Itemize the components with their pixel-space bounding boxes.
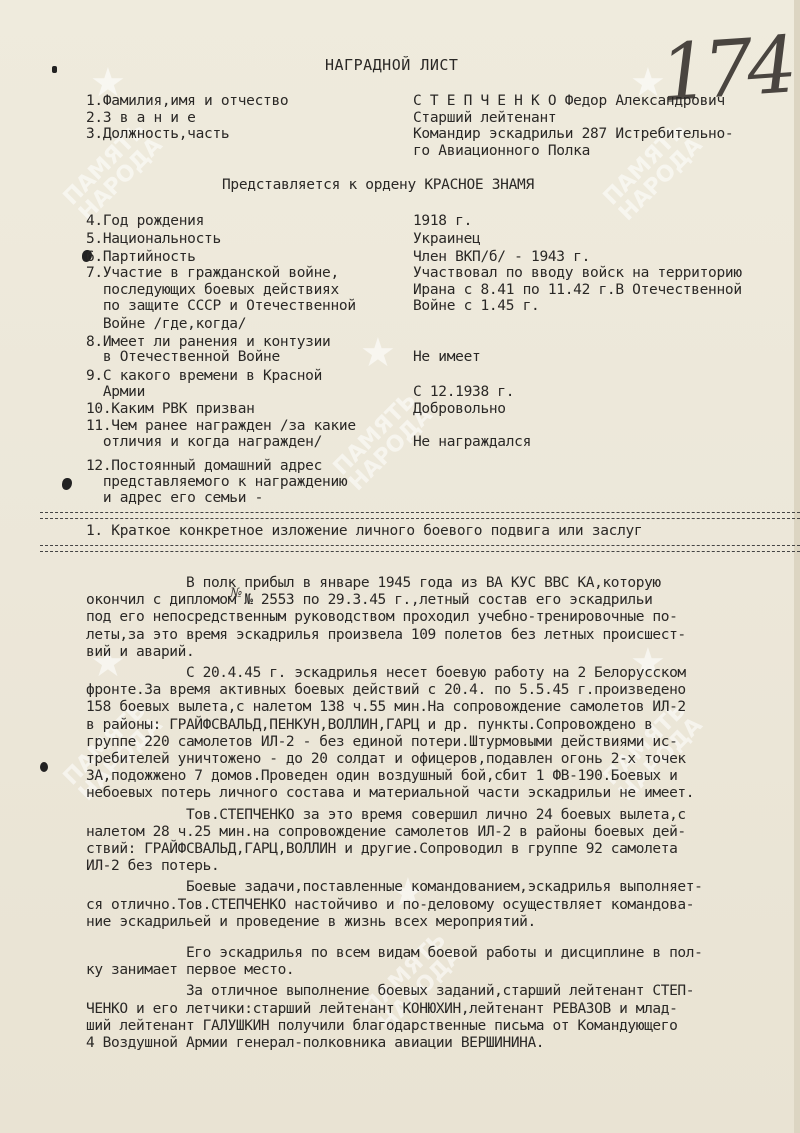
field-label: 6.Партийность — [86, 249, 196, 265]
section-heading: 1. Краткое конкретное изложение личного … — [86, 523, 642, 539]
field-value: С Т Е П Ч Е Н К О Федор Александрович — [413, 93, 725, 109]
field-label: 5.Национальность — [86, 231, 221, 247]
field-value: го Авиационного Полка — [413, 143, 590, 159]
body-line: налетом 28 ч.25 мин.на сопровождение сам… — [86, 824, 800, 841]
divider-rule — [40, 512, 800, 519]
document-title: НАГРАДНОЙ ЛИСТ — [325, 57, 458, 73]
body-line: С 20.4.45 г. эскадрилья несет боевую раб… — [86, 665, 800, 682]
field-label: 4.Год рождения — [86, 213, 204, 229]
field-value: Украинец — [413, 231, 480, 247]
field-label: 10.Каким РВК призван — [86, 401, 255, 417]
body-line: ЧЕНКО и его летчики:старший лейтенант КО… — [86, 1001, 800, 1018]
field-label: 3.Должность,часть — [86, 126, 229, 142]
body-line: ИЛ-2 без потерь. — [86, 858, 800, 875]
field-value: Участвовал по вводу войск на территорию — [413, 265, 742, 281]
body-line: окончил с дипломом № 2553 по 29.3.45 г.,… — [86, 592, 800, 609]
body-line: под его непосредственным руководством пр… — [86, 609, 800, 626]
field-value: Старший лейтенант — [413, 110, 556, 126]
field-value: Не награждался — [413, 434, 531, 450]
field-value: Член ВКП/б/ - 1943 г. — [413, 249, 590, 265]
field-label: представляемого к награждению — [86, 474, 347, 490]
body-line: ся отлично.Тов.СТЕПЧЕНКО настойчиво и по… — [86, 897, 800, 914]
field-label: отличия и когда награжден/ — [86, 434, 322, 450]
field-label: 1.Фамилия,имя и отчество — [86, 93, 288, 109]
field-label: в Отечественной Войне — [86, 349, 280, 365]
body-line: вий и аварий. — [86, 644, 800, 661]
body-line: Его эскадрилья по всем видам боевой рабо… — [86, 945, 800, 962]
body-line: ние эскадрильей и проведение в жизнь все… — [86, 914, 800, 931]
field-label: Армии — [86, 384, 145, 400]
body-line: Боевые задачи,поставленные командованием… — [86, 879, 800, 896]
body-line: 158 боевых вылета,с налетом 138 ч.55 мин… — [86, 699, 800, 716]
field-value: Ирана с 8.41 по 11.42 г.В Отечественной — [413, 282, 742, 298]
nomination-line: Представляется к ордену КРАСНОЕ ЗНАМЯ — [222, 177, 534, 193]
field-label: Войне /где,когда/ — [86, 316, 246, 332]
field-label: по защите СССР и Отечественной — [86, 298, 356, 314]
body-line: ЗА,подожжено 7 домов.Проведен один возду… — [86, 768, 800, 785]
body-line: Тов.СТЕПЧЕНКО за это время совершил личн… — [86, 807, 800, 824]
divider-rule — [40, 545, 800, 552]
field-value: С 12.1938 г. — [413, 384, 514, 400]
field-label: 8.Имеет ли ранения и контузии — [86, 334, 330, 350]
body-line: ший лейтенант ГАЛУШКИН получили благодар… — [86, 1018, 800, 1035]
field-label: 7.Участие в гражданской войне, — [86, 265, 339, 281]
body-line: За отличное выполнение боевых заданий,ст… — [86, 983, 800, 1000]
field-label: 12.Постоянный домашний адрес — [86, 458, 322, 474]
field-label: 11.Чем ранее награжден /за какие — [86, 418, 356, 434]
body-line: ствий: ГРАЙФСВАЛЬД,ГАРЦ,ВОЛЛИН и другие.… — [86, 841, 800, 858]
award-sheet-page: ★ ПАМЯТЬ НАРОДА ★ ПАМЯТЬ НАРОДА ★ ПАМЯТЬ… — [0, 0, 800, 1133]
body-line: небоевых потерь личного состава и матери… — [86, 785, 800, 802]
field-value: Добровольно — [413, 401, 506, 417]
handwritten-annotation: № — [230, 586, 242, 601]
field-label: последующих боевых действиях — [86, 282, 339, 298]
body-line: ку занимает первое место. — [86, 962, 800, 979]
ink-blot — [40, 762, 48, 772]
field-value: Не имеет — [413, 349, 480, 365]
field-value: Войне с 1.45 г. — [413, 298, 539, 314]
field-label: и адрес его семьи - — [86, 490, 263, 506]
field-value: Командир эскадрильи 287 Истребительно- — [413, 126, 733, 142]
ink-mark — [52, 66, 57, 73]
body-line: леты,за это время эскадрилья произвела 1… — [86, 627, 800, 644]
field-label: 2.З в а н и е — [86, 110, 196, 126]
body-line: В полк прибыл в январе 1945 года из ВА К… — [86, 575, 800, 592]
field-value: 1918 г. — [413, 213, 472, 229]
field-label: 9.С какого времени в Красной — [86, 368, 322, 384]
body-line: 4 Воздушной Армии генерал-полковника ави… — [86, 1035, 800, 1052]
ink-blot — [62, 478, 72, 490]
body-line: фронте.За время активных боевых действий… — [86, 682, 800, 699]
body-line: группе 220 самолетов ИЛ-2 - без единой п… — [86, 734, 800, 751]
watermark-star-icon: ★ — [360, 330, 396, 376]
body-line: в районы: ГРАЙФСВАЛЬД,ПЕНКУН,ВОЛЛИН,ГАРЦ… — [86, 717, 800, 734]
body-line: требителей уничтожено - до 20 солдат и о… — [86, 751, 800, 768]
